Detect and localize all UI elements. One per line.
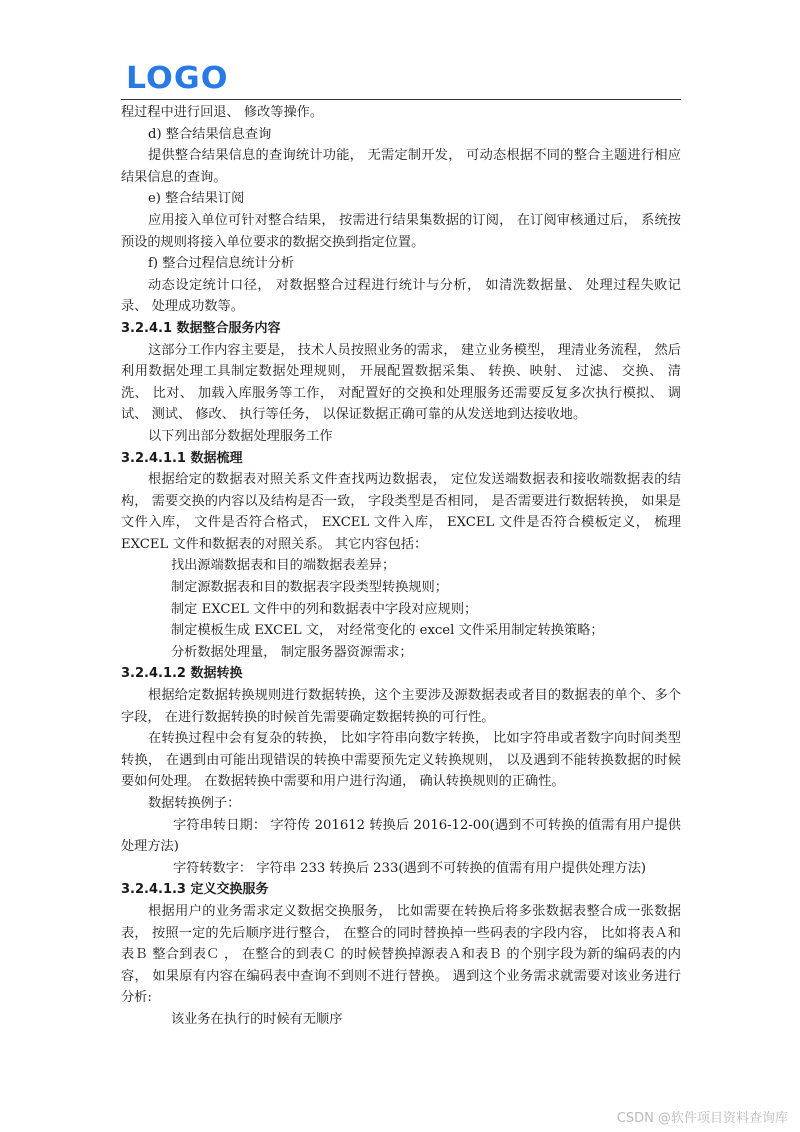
section-heading: 3.2.4.1.1 数据梳理 — [121, 448, 681, 470]
paragraph: 根据用户的业务需求定义数据交换服务， 比如需要在转换后将多张数据表整合成一张数据… — [121, 901, 681, 1009]
list-item: 制定源数据表和目的数据表字段类型转换规则； — [121, 577, 681, 599]
paragraph: 应用接入单位可针对整合结果， 按需进行结果集数据的订阅， 在订阅审核通过后， 系… — [121, 210, 681, 253]
paragraph: 在转换过程中会有复杂的转换， 比如字符串向数字转换， 比如字符串或者数字向时间类… — [121, 728, 681, 793]
paragraph: 程过程中进行回退、 修改等操作。 — [121, 102, 681, 124]
paragraph: 以下列出部分数据处理服务工作 — [121, 426, 681, 448]
paragraph: 提供整合结果信息的查询统计功能， 无需定制开发， 可动态根据不同的整合主题进行相… — [121, 145, 681, 188]
list-item: 分析数据处理量， 制定服务器资源需求； — [121, 642, 681, 664]
watermark: CSDN @软件项目资料查询库 — [617, 1107, 788, 1126]
section-heading: 3.2.4.1 数据整合服务内容 — [121, 318, 681, 340]
logo: LOGO — [126, 64, 229, 94]
paragraph: 根据给定的数据表对照关系文件查找两边数据表， 定位发送端数据表和接收端数据表的结… — [121, 469, 681, 555]
list-item: 找出源端数据表和目的端数据表差异； — [121, 555, 681, 577]
list-item-heading: e) 整合结果订阅 — [121, 188, 681, 210]
section-heading: 3.2.4.1.2 数据转换 — [121, 663, 681, 685]
section-heading: 3.2.4.1.3 定义交换服务 — [121, 879, 681, 901]
paragraph: 数据转换例子： — [121, 793, 681, 815]
paragraph: 动态设定统计口径， 对数据整合过程进行统计与分析， 如清洗数据量、 处理过程失败… — [121, 275, 681, 318]
paragraph: 这部分工作内容主要是， 技术人员按照业务的需求， 建立业务模型， 理清业务流程，… — [121, 340, 681, 426]
list-item: 制定 EXCEL 文件中的列和数据表中字段对应规则； — [121, 599, 681, 621]
list-item-heading: f) 整合过程信息统计分析 — [121, 253, 681, 275]
document-body: 程过程中进行回退、 修改等操作。 d) 整合结果信息查询 提供整合结果信息的查询… — [121, 102, 681, 1031]
header-divider — [121, 99, 681, 100]
example-line: 字符串转日期： 字符传 201612 转换后 2016-12-00(遇到不可转换… — [121, 815, 681, 858]
list-item: 制定模板生成 EXCEL 文， 对经常变化的 excel 文件采用制定转换策略； — [121, 620, 681, 642]
example-line: 字符转数字： 字符串 233 转换后 233(遇到不可转换的值需有用户提供处理方… — [121, 858, 681, 880]
paragraph: 根据给定数据转换规则进行数据转换，这个主要涉及源数据表或者目的数据表的单个、多个… — [121, 685, 681, 728]
list-item: 该业务在执行的时候有无顺序 — [121, 1009, 681, 1031]
list-item-heading: d) 整合结果信息查询 — [121, 124, 681, 146]
